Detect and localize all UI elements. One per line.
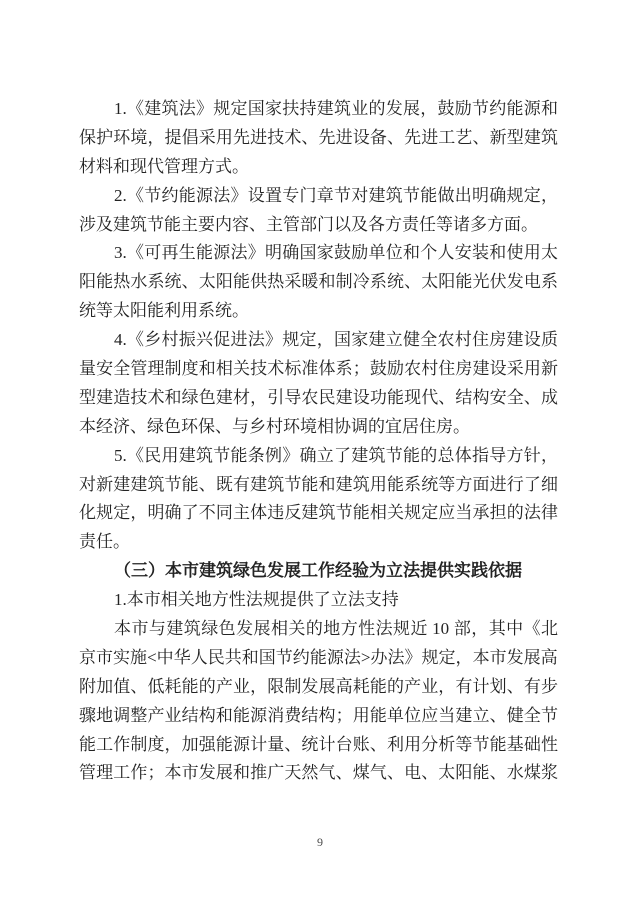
paragraph: 4.《乡村振兴促进法》规定，国家建立健全农村住房建设质量安全管理制度和相关技术标…: [79, 326, 558, 442]
text-line: 量安全管理制度和相关技术标准体系；鼓励农村住房建设采用新: [79, 355, 558, 384]
text-line: 能工作制度，加强能源计量、统计台账、利用分析等节能基础性: [79, 731, 558, 760]
text-line: 型建造技术和绿色建材，引导农民建设功能现代、结构安全、成: [79, 384, 558, 413]
paragraph: 本市与建筑绿色发展相关的地方性法规近 10 部，其中《北京市实施<中华人民共和国…: [79, 615, 558, 788]
section-heading: （三）本市建筑绿色发展工作经验为立法提供实践依据: [79, 557, 558, 586]
document-body: 1.《建筑法》规定国家扶持建筑业的发展，鼓励节约能源和保护环境，提倡采用先进技术…: [79, 95, 558, 788]
text-line: 本市与建筑绿色发展相关的地方性法规近 10 部，其中《北: [79, 615, 558, 644]
text-line: 附加值、低耗能的产业，限制发展高耗能的产业，有计划、有步: [79, 673, 558, 702]
text-line: 本经济、绿色环保、与乡村环境相协调的宜居住房。: [79, 413, 558, 442]
text-line: 阳能热水系统、太阳能供热采暖和制冷系统、太阳能光伏发电系: [79, 268, 558, 297]
document-page: 1.《建筑法》规定国家扶持建筑业的发展，鼓励节约能源和保护环境，提倡采用先进技术…: [0, 0, 640, 904]
text-line: 骤地调整产业结构和能源消费结构；用能单位应当建立、健全节: [79, 702, 558, 731]
text-line: 管理工作；本市发展和推广天然气、煤气、电、太阳能、水煤浆: [79, 759, 558, 788]
text-line: 责任。: [79, 528, 558, 557]
text-line: 涉及建筑节能主要内容、主管部门以及各方责任等诸多方面。: [79, 211, 558, 240]
text-line: 保护环境，提倡采用先进技术、先进设备、先进工艺、新型建筑: [79, 124, 558, 153]
text-line: 3.《可再生能源法》明确国家鼓励单位和个人安装和使用太: [79, 239, 558, 268]
paragraph: 1.《建筑法》规定国家扶持建筑业的发展，鼓励节约能源和保护环境，提倡采用先进技术…: [79, 95, 558, 182]
text-line: 1.《建筑法》规定国家扶持建筑业的发展，鼓励节约能源和: [79, 95, 558, 124]
paragraph: 5.《民用建筑节能条例》确立了建筑节能的总体指导方针，对新建建筑节能、既有建筑节…: [79, 442, 558, 558]
text-line: 统等太阳能利用系统。: [79, 297, 558, 326]
text-line: 化规定，明确了不同主体违反建筑节能相关规定应当承担的法律: [79, 499, 558, 528]
paragraph: 2.《节约能源法》设置专门章节对建筑节能做出明确规定，涉及建筑节能主要内容、主管…: [79, 182, 558, 240]
text-line: 1.本市相关地方性法规提供了立法支持: [79, 586, 558, 615]
text-line: （三）本市建筑绿色发展工作经验为立法提供实践依据: [79, 557, 558, 586]
page-number: 9: [0, 834, 640, 850]
text-line: 2.《节约能源法》设置专门章节对建筑节能做出明确规定，: [79, 182, 558, 211]
text-line: 对新建建筑节能、既有建筑节能和建筑用能系统等方面进行了细: [79, 471, 558, 500]
text-line: 5.《民用建筑节能条例》确立了建筑节能的总体指导方针，: [79, 442, 558, 471]
text-line: 材料和现代管理方式。: [79, 153, 558, 182]
text-line: 京市实施<中华人民共和国节约能源法>办法》规定，本市发展高: [79, 644, 558, 673]
text-line: 4.《乡村振兴促进法》规定，国家建立健全农村住房建设质: [79, 326, 558, 355]
paragraph: 3.《可再生能源法》明确国家鼓励单位和个人安装和使用太阳能热水系统、太阳能供热采…: [79, 239, 558, 326]
sub-heading: 1.本市相关地方性法规提供了立法支持: [79, 586, 558, 615]
